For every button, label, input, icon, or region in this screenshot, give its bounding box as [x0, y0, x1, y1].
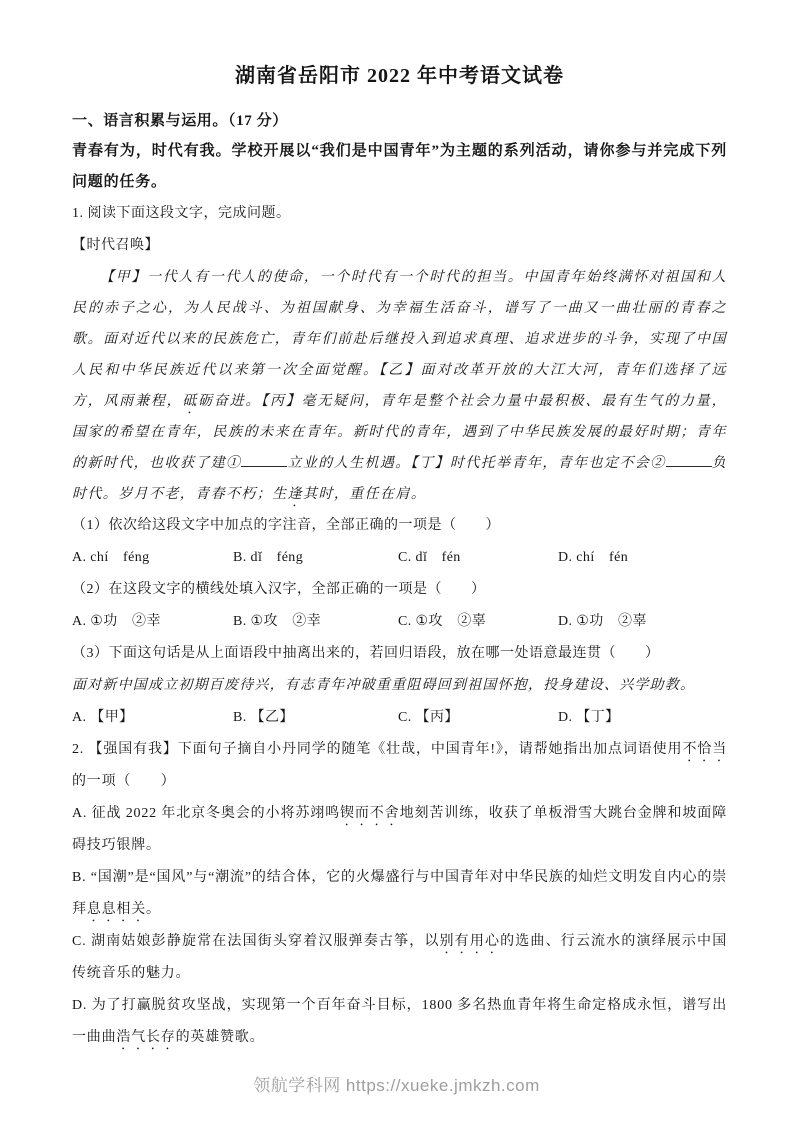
- q1-sub2-stem: （2）在这段文字的横线处填入汉字，全部正确的一项是（ ）: [72, 574, 727, 606]
- option-a: A. chí féng: [72, 542, 233, 574]
- q2-stem: 2. 【强国有我】下面句子摘自小丹同学的随笔《壮哉，中国青年!》，请帮她指出加点…: [72, 734, 727, 798]
- watermark: 领航学科网 https://xueke.jmkzh.com: [0, 1071, 793, 1096]
- answer-blank-1: [241, 452, 287, 467]
- passage-segment: 立业的人生机遇。【丁】时代托举青年，青年也定不会②: [287, 456, 665, 471]
- q2-option-c: C. 湖南姑娘彭静旋常在法国街头穿着汉服弹奏古筝，以别有用心的选曲、行云流水的演…: [72, 926, 727, 990]
- page-title: 湖南省岳阳市 2022 年中考语文试卷: [72, 60, 727, 92]
- q2-option-b: B. “国潮”是“国风”与“潮流”的结合体，它的火爆盛行与中国青年对中华民族的灿…: [72, 862, 727, 926]
- dotted-char-di: 砥: [182, 394, 198, 409]
- option-c: C. dǐ fén: [398, 542, 558, 574]
- passage-segment: 【甲】一代人有一代人的使命，一个时代有一个时代的担当。中国青年始终满怀对祖国和人…: [72, 270, 727, 409]
- option-c: C. 【丙】: [398, 702, 558, 734]
- option-segment: A. 征战 2022 年北京冬奥会的小将苏翊鸣: [72, 806, 340, 821]
- option-d: D. chí fén: [558, 542, 727, 574]
- option-b: B. dǐ féng: [233, 542, 398, 574]
- option-b: B. 【乙】: [233, 702, 398, 734]
- option-segment: B. “国潮”是“国风”与“潮流”的结合体，它的火爆盛行与中国青年对中华民族的灿…: [72, 870, 727, 917]
- option-segment: C. 湖南姑娘彭静旋常在法国街头穿着汉服弹奏古筝，以: [72, 934, 440, 949]
- q2-option-d: D. 为了打赢脱贫攻坚战，实现第一个百年奋斗目标，1800 多名热血青年将生命定…: [72, 990, 727, 1054]
- dotted-char-feng: 逢: [288, 487, 303, 502]
- stem-segment: 的一项（ ）: [72, 774, 176, 789]
- option-c: C. ①攻 ②辜: [398, 606, 558, 638]
- q1-sub3-stem: （3）下面这句话是从上面语段中抽离出来的，若回归语段，放在哪一处语意最连贯（ ）: [72, 638, 727, 670]
- section-intro: 青春有为，时代有我。学校开展以“我们是中国青年”为主题的系列活动，请你参与并完成…: [72, 136, 727, 198]
- q1-sub3-quoted-sentence: 面对新中国成立初期百废待兴，有志青年冲破重重阻碍回到祖国怀抱，投身建设、兴学助教…: [72, 670, 727, 702]
- q1-sub1-options: A. chí féng B. dǐ féng C. dǐ fén D. chí …: [72, 542, 727, 574]
- dotted-word-buqiadang: 不恰当: [682, 742, 727, 757]
- dotted-word-xixixiangguan: 息息相关: [87, 902, 146, 917]
- answer-blank-2: [666, 452, 712, 467]
- option-b: B. ①攻 ②幸: [233, 606, 398, 638]
- q1-sub3-options: A. 【甲】 B. 【乙】 C. 【丙】 D. 【丁】: [72, 702, 727, 734]
- q2-option-a: A. 征战 2022 年北京冬奥会的小将苏翊鸣锲而不舍地刻苦训练，收获了单板滑雪…: [72, 798, 727, 862]
- option-a: A. ①功 ②幸: [72, 606, 233, 638]
- option-segment: 。: [146, 902, 161, 917]
- q1-passage: 【甲】一代人有一代人的使命，一个时代有一个时代的担当。中国青年始终满怀对祖国和人…: [72, 262, 727, 510]
- dotted-word-qieerbushe: 锲而不舍: [340, 806, 400, 821]
- q1-passage-tag: 【时代召唤】: [72, 230, 727, 262]
- option-segment: 的英雄赞歌。: [176, 1030, 265, 1045]
- option-d: D. ①功 ②辜: [558, 606, 727, 638]
- option-d: D. 【丁】: [558, 702, 727, 734]
- stem-segment: 2. 【强国有我】下面句子摘自小丹同学的随笔《壮哉，中国青年!》，请帮她指出加点…: [72, 742, 682, 757]
- section-heading: 一、语言积累与运用。（17 分）: [72, 106, 727, 136]
- option-a: A. 【甲】: [72, 702, 233, 734]
- passage-segment: 其时，重任在肩。: [303, 487, 426, 502]
- q1-stem: 1. 阅读下面这段文字，完成问题。: [72, 198, 727, 230]
- dotted-word-haoqichangcun: 浩气长存: [116, 1030, 175, 1045]
- q1-sub2-options: A. ①功 ②幸 B. ①攻 ②幸 C. ①攻 ②辜 D. ①功 ②辜: [72, 606, 727, 638]
- exam-paper-page: 湖南省岳阳市 2022 年中考语文试卷 一、语言积累与运用。（17 分） 青春有…: [0, 0, 793, 1122]
- dotted-word-bieyouyongxin: 别有用心: [440, 934, 501, 949]
- q1-sub1-stem: （1）依次给这段文字中加点的字注音，全部正确的一项是（ ）: [72, 510, 727, 542]
